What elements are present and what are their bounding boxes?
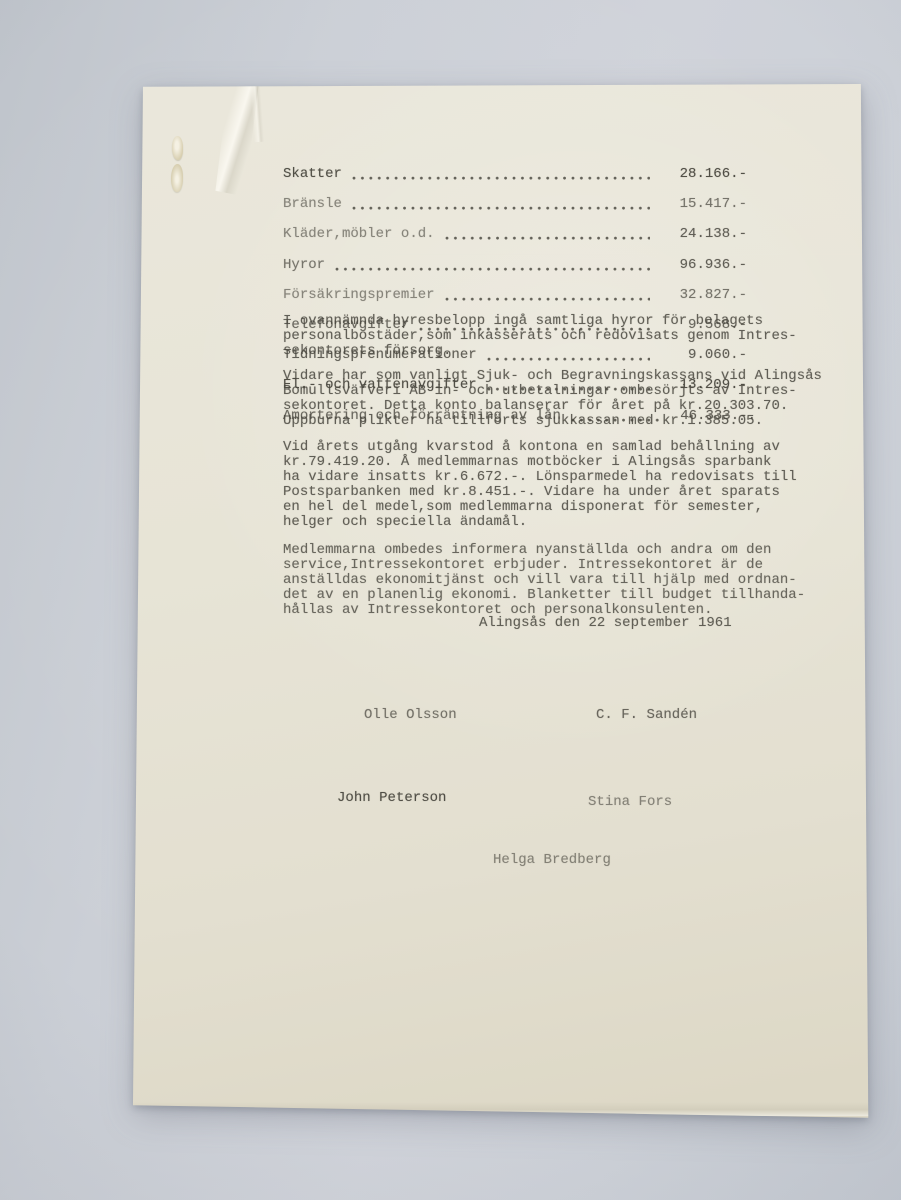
- dot-leader: [443, 288, 650, 303]
- signature-stina-fors: Stina Fors: [588, 795, 672, 810]
- signature-john-peterson: John Peterson: [337, 791, 446, 806]
- expense-label: Hyror: [283, 258, 325, 273]
- paragraph-sjukkassa: Vidare har som vanligt Sjuk- och Begravn…: [283, 369, 843, 429]
- expense-label: Skatter: [283, 167, 342, 182]
- expense-amount: 32.827.-: [667, 288, 747, 303]
- expense-row: Kläder,möbler o.d. 24.138.-: [283, 227, 747, 242]
- paragraph-medlemmarna: Medlemmarna ombedes informera nyanställd…: [283, 543, 843, 618]
- signature-olle-olsson: Olle Olsson: [364, 708, 457, 723]
- expense-label: Bränsle: [283, 197, 342, 212]
- expense-label: Försäkringspremier: [283, 288, 435, 303]
- expense-row: Bränsle 15.417.-: [283, 197, 747, 212]
- signature-helga-bredberg: Helga Bredberg: [493, 853, 611, 868]
- expense-row: Hyror 96.936.-: [283, 258, 747, 273]
- dot-leader: [443, 227, 650, 242]
- paragraph-hyresbelopp: I ovannämnda hyresbelopp ingå samtliga h…: [283, 314, 843, 359]
- paragraph-behallning: Vid årets utgång kvarstod å kontona en s…: [283, 440, 843, 531]
- signature-cf-sanden: C. F. Sandén: [596, 708, 697, 723]
- paper-bottom-edge: [130, 1102, 872, 1116]
- paper-hole-mark: [171, 164, 183, 192]
- paper-hole-mark: [172, 136, 183, 160]
- expense-amount: 96.936.-: [667, 258, 747, 273]
- dateline: Alingsås den 22 september 1961: [479, 616, 732, 631]
- dot-leader: [333, 258, 650, 273]
- photo-backdrop: Skatter 28.166.- Bränsle 15.417.- Kläder…: [0, 0, 901, 1200]
- expense-row: Skatter 28.166.-: [283, 167, 747, 182]
- expense-amount: 15.417.-: [667, 197, 747, 212]
- expense-amount: 24.138.-: [667, 227, 747, 242]
- expense-row: Försäkringspremier 32.827.-: [283, 288, 747, 303]
- dot-leader: [350, 167, 650, 182]
- expense-amount: 28.166.-: [667, 167, 747, 182]
- dot-leader: [350, 197, 650, 212]
- expense-label: Kläder,möbler o.d.: [283, 227, 435, 242]
